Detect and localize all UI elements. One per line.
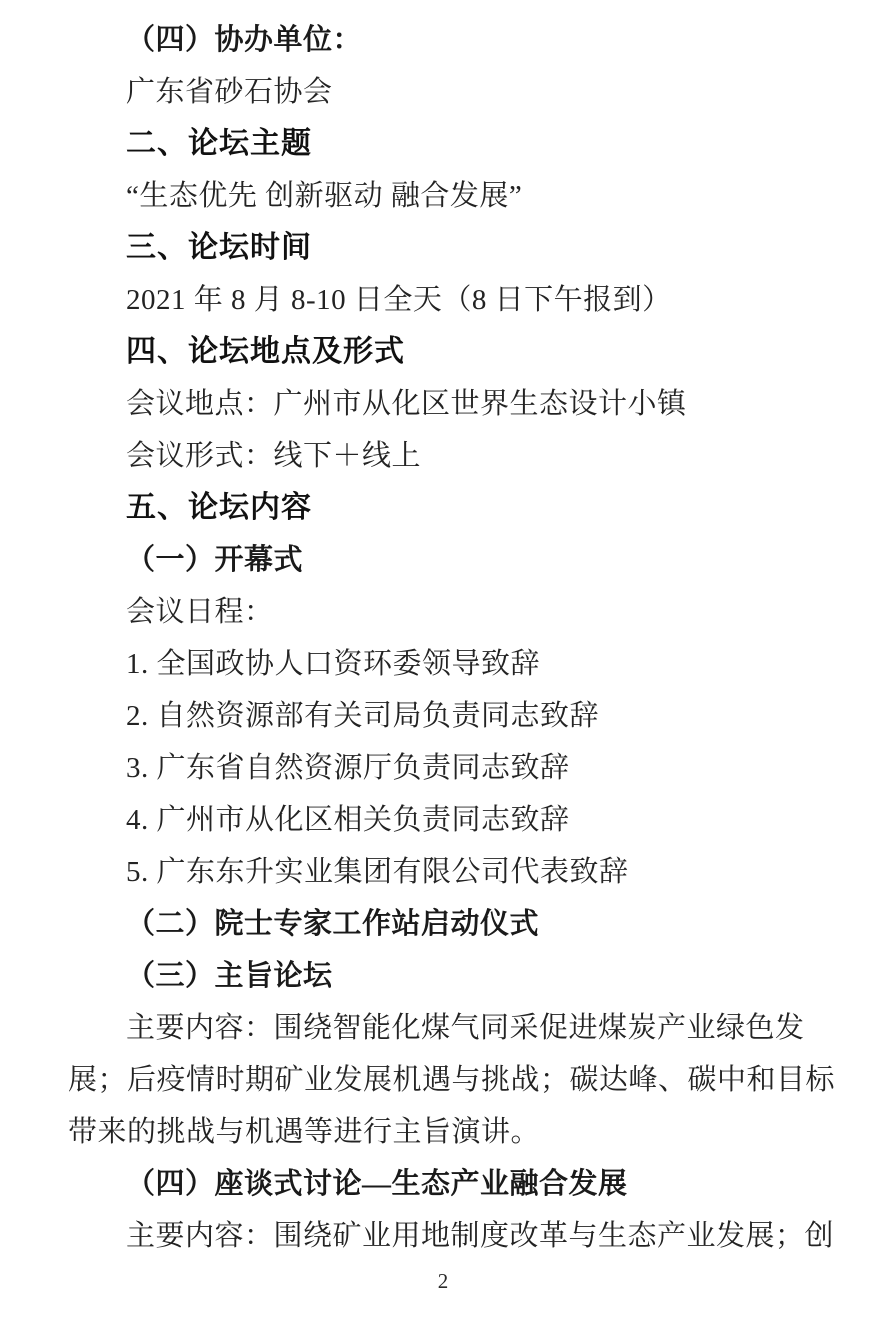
- document-line: 2. 自然资源部有关司局负责同志致辞: [68, 690, 820, 742]
- document-line: （三）主旨论坛: [68, 950, 820, 1002]
- document-line: 广东省砂石协会: [68, 66, 820, 118]
- document-line: 主要内容：围绕智能化煤气同采促进煤炭产业绿色发: [68, 1002, 820, 1054]
- document-line: （一）开幕式: [68, 534, 820, 586]
- document-line: （四）座谈式讨论—生态产业融合发展: [68, 1158, 820, 1210]
- document-line: 五、论坛内容: [68, 482, 820, 534]
- document-line: 二、论坛主题: [68, 118, 820, 170]
- document-line: 5. 广东东升实业集团有限公司代表致辞: [68, 846, 820, 898]
- document-line: 四、论坛地点及形式: [68, 326, 820, 378]
- document-line: 会议地点：广州市从化区世界生态设计小镇: [68, 378, 820, 430]
- document-line: 三、论坛时间: [68, 222, 820, 274]
- document-line: 带来的挑战与机遇等进行主旨演讲。: [68, 1106, 820, 1158]
- document-line: 主要内容：围绕矿业用地制度改革与生态产业发展；创: [68, 1210, 820, 1262]
- document-page: （四）协办单位：广东省砂石协会二、论坛主题“生态优先 创新驱动 融合发展”三、论…: [0, 0, 886, 1321]
- document-line: 会议日程：: [68, 586, 820, 638]
- document-line: 会议形式：线下＋线上: [68, 430, 820, 482]
- document-line: 2021 年 8 月 8-10 日全天（8 日下午报到）: [68, 274, 820, 326]
- document-line: “生态优先 创新驱动 融合发展”: [68, 170, 820, 222]
- page-number: 2: [0, 1266, 886, 1296]
- document-line: 1. 全国政协人口资环委领导致辞: [68, 638, 820, 690]
- document-line: 4. 广州市从化区相关负责同志致辞: [68, 794, 820, 846]
- document-line: 展；后疫情时期矿业发展机遇与挑战；碳达峰、碳中和目标: [68, 1054, 820, 1106]
- document-line: （二）院士专家工作站启动仪式: [68, 898, 820, 950]
- document-line: 3. 广东省自然资源厅负责同志致辞: [68, 742, 820, 794]
- document-body: （四）协办单位：广东省砂石协会二、论坛主题“生态优先 创新驱动 融合发展”三、论…: [68, 14, 820, 1262]
- document-line: （四）协办单位：: [68, 14, 820, 66]
